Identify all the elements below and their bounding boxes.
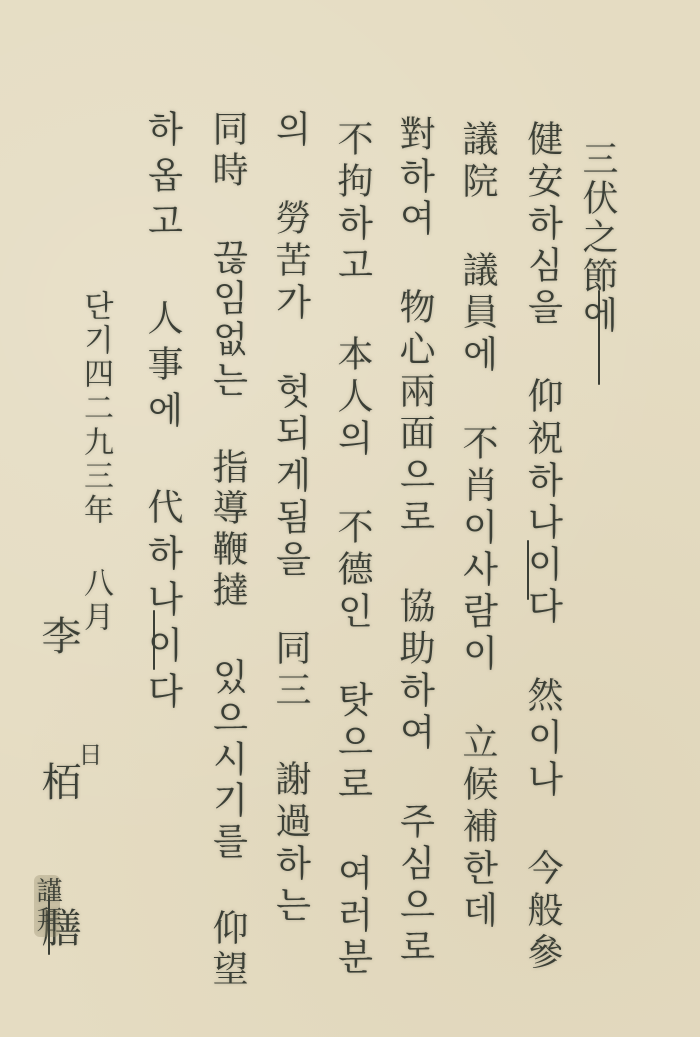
letter-column-6: 의 勞苦가 헛되게됨을 同三 謝過하는 bbox=[272, 110, 308, 910]
letter-column-4: 對하여 物心兩面으로 協助하여 주심으로 bbox=[396, 115, 432, 915]
signature-closing: 謹拜 bbox=[34, 875, 60, 937]
ink-stroke bbox=[598, 290, 600, 385]
letter-column-7: 同時 끊임없는 指導鞭撻 있으시기를 仰望 bbox=[209, 110, 245, 950]
handwritten-letter: 三伏之節에 健安하심을 仰祝하나이다 然이나 今般參 議院 議員에 不肖이사람이… bbox=[0, 0, 700, 1037]
signature-name: 李 栢 膳 bbox=[38, 615, 78, 855]
letter-column-3: 議院 議員에 不肖이사람이 立候補한데 bbox=[459, 120, 495, 920]
ink-stroke bbox=[527, 540, 529, 600]
letter-column-8: 하옵고 人事에 代하나이다 bbox=[144, 110, 180, 670]
letter-column-5: 不拘하고 本人의 不德인 탓으로 여러분 bbox=[334, 120, 370, 920]
letter-column-1: 三伏之節에 bbox=[579, 140, 615, 400]
letter-date: 단기四二九三年 八月 bbox=[80, 290, 110, 670]
ink-stroke bbox=[48, 895, 50, 955]
letter-column-2: 健安하심을 仰祝하나이다 然이나 今般參 bbox=[524, 120, 560, 920]
ink-stroke bbox=[153, 610, 155, 670]
